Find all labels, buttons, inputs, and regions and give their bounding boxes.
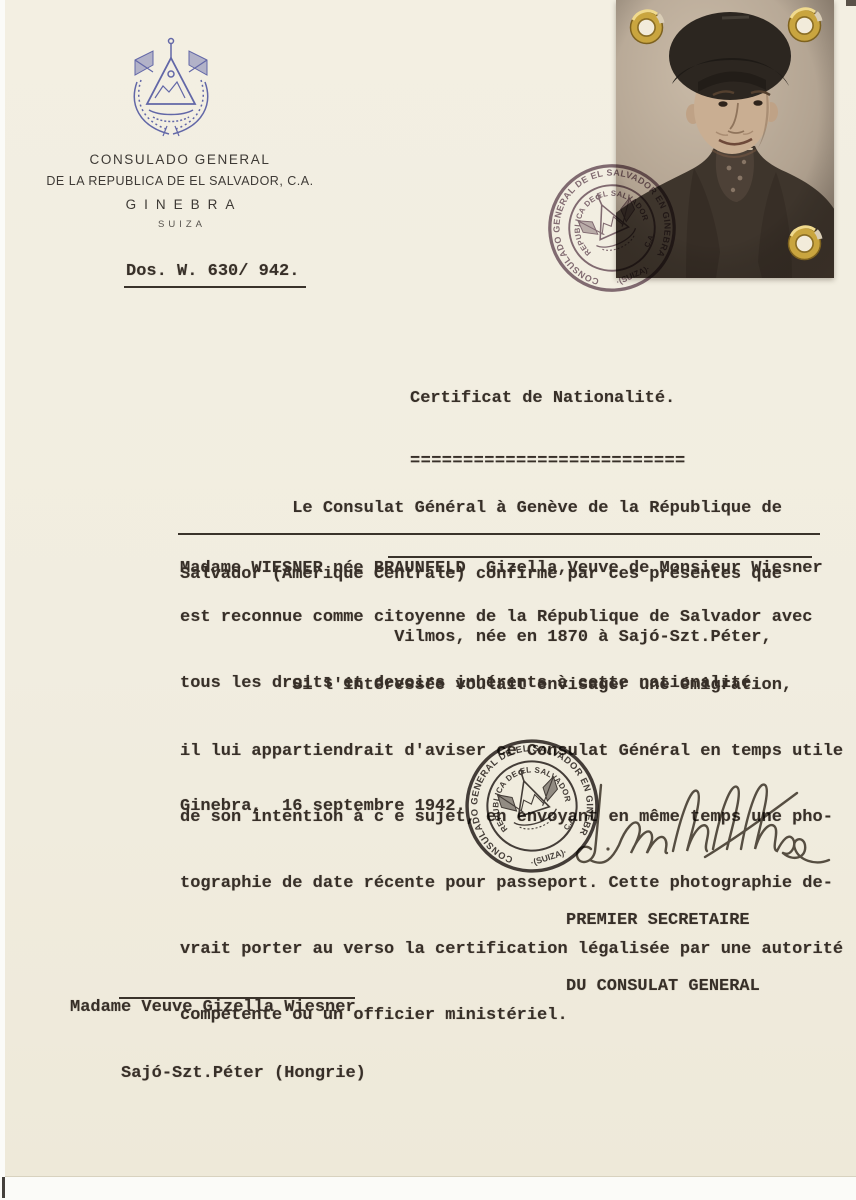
- grommet-icon: [786, 7, 823, 44]
- letterhead-line2: DE LA REPUBLICA DE EL SALVADOR, C.A.: [30, 174, 330, 188]
- grommet-icon: [628, 9, 665, 46]
- signature: [555, 765, 855, 880]
- name-underline: [388, 556, 812, 558]
- stamp-bottom-text: ·(SUIZA)·: [615, 264, 651, 287]
- body-line: est reconnue comme citoyenne de la Répub…: [180, 607, 813, 629]
- document-title: Certificat de Nationalité.: [410, 388, 686, 410]
- recipient-name: Madame Veuve Gizella Wiesner: [70, 997, 366, 1019]
- letterhead: CONSULADO GENERAL DE LA REPUBLICA DE EL …: [30, 152, 330, 230]
- scan-edge-mark: [2, 1177, 5, 1198]
- dateline: Ginebra, 16 septembre 1942.: [180, 796, 466, 818]
- recipient-address: Madame Veuve Gizella Wiesner Sajó-Szt.Pé…: [70, 953, 366, 1107]
- letterhead-line1: CONSULADO GENERAL: [30, 152, 330, 167]
- body-line: Si l'intéressée voulait envisager une ém…: [180, 675, 843, 697]
- letterhead-line4: SUIZA: [30, 219, 330, 230]
- scan-corner-mark: [846, 0, 856, 6]
- dossier-number: Dos. W. 630/ 942.: [126, 261, 299, 283]
- recipient-location: Sajó-Szt.Péter (Hongrie): [70, 1063, 366, 1085]
- letterhead-line3: GINEBRA: [30, 197, 330, 212]
- grommet-icon: [786, 225, 823, 262]
- recipient-underline: [119, 997, 355, 999]
- signature-title-block: PREMIER SECRETAIRE DU CONSULAT GENERAL: [566, 866, 760, 1020]
- name-underline: [178, 533, 820, 535]
- signer-title-line2: DU CONSULAT GENERAL: [566, 976, 760, 998]
- coat-of-arms-icon: [119, 30, 223, 144]
- signer-title-line1: PREMIER SECRETAIRE: [566, 910, 760, 932]
- dossier-underline: [124, 286, 306, 288]
